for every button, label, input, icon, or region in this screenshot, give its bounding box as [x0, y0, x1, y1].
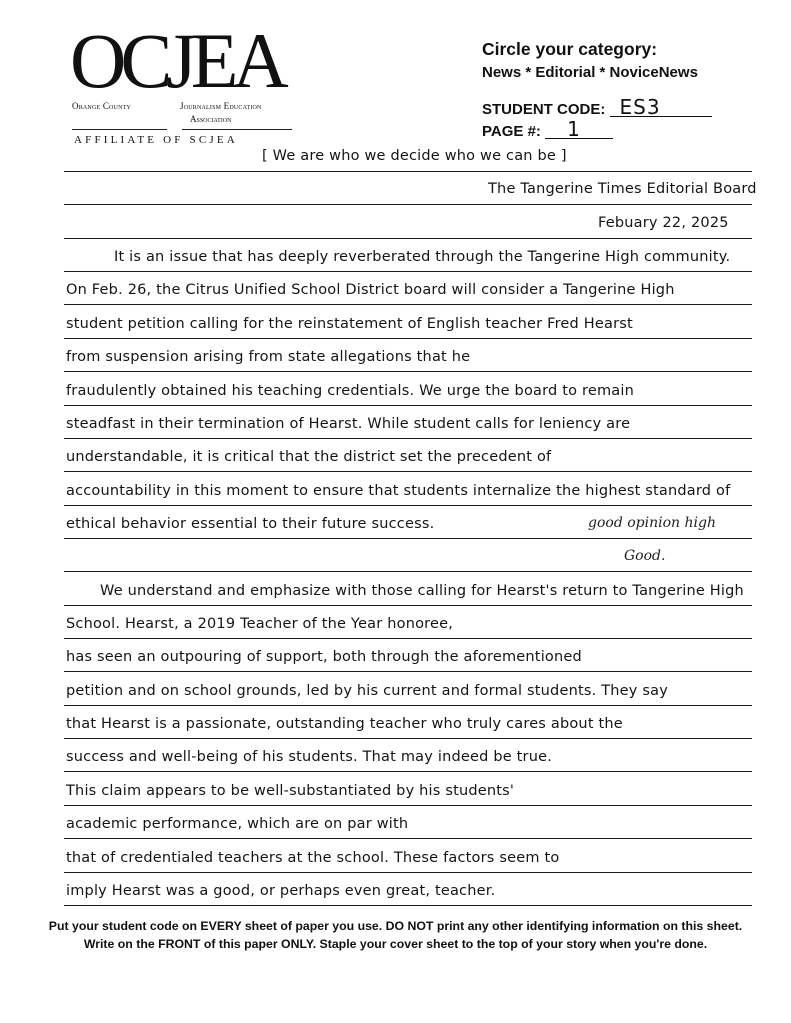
logo-mark: OCJEA	[70, 22, 283, 100]
logo-divider	[72, 129, 167, 130]
article-line: academic performance, which are on par w…	[66, 816, 408, 832]
ruled-line	[64, 571, 752, 572]
byline: The Tangerine Times Editorial Board	[488, 181, 757, 197]
ruled-line	[64, 371, 752, 372]
article-line: It is an issue that has deeply reverbera…	[114, 249, 730, 265]
ruled-line	[64, 471, 752, 472]
date: Febuary 22, 2025	[598, 215, 729, 231]
ruled-line	[64, 304, 752, 305]
ruled-line	[64, 638, 752, 639]
article-line: accountability in this moment to ensure …	[66, 483, 730, 499]
student-code-label: STUDENT CODE:	[482, 101, 605, 118]
article-line: This claim appears to be well-substantia…	[66, 783, 514, 799]
ruled-line	[64, 605, 752, 606]
ruled-line	[64, 872, 752, 873]
logo-org-right: Journalism Education	[180, 101, 262, 111]
margin-note: good opinion high	[588, 515, 716, 531]
page-number-field: PAGE #: 1	[482, 120, 613, 140]
article-line: that Hearst is a passionate, outstanding…	[66, 716, 623, 732]
margin-note: Good.	[624, 548, 665, 564]
footer-instructions: Put your student code on EVERY sheet of …	[0, 917, 791, 953]
student-code-value: ES3	[610, 98, 712, 117]
logo-divider	[182, 129, 292, 130]
category-block: Circle your category: News * Editorial *…	[482, 38, 698, 84]
ruled-line	[64, 838, 752, 839]
footer-line-1: Put your student code on EVERY sheet of …	[0, 917, 791, 935]
article-line: School. Hearst, a 2019 Teacher of the Ye…	[66, 616, 453, 632]
article-line: has seen an outpouring of support, both …	[66, 649, 582, 665]
ruled-line	[64, 204, 752, 205]
ruled-line	[64, 438, 752, 439]
student-code-field: STUDENT CODE: ES3	[482, 98, 712, 118]
article-line: from suspension arising from state alleg…	[66, 349, 470, 365]
ruled-line	[64, 738, 752, 739]
article-line: ethical behavior essential to their futu…	[66, 516, 434, 532]
ruled-line	[64, 238, 752, 239]
ruled-line	[64, 771, 752, 772]
logo-org-left: Orange County	[72, 101, 131, 111]
ruled-line	[64, 505, 752, 506]
ruled-line	[64, 271, 752, 272]
article-line: imply Hearst was a good, or perhaps even…	[66, 883, 495, 899]
article-line: that of credentialed teachers at the sch…	[66, 850, 559, 866]
ruled-line	[64, 171, 752, 172]
headline: [ We are who we decide who we can be ]	[262, 148, 567, 164]
article-line: steadfast in their termination of Hearst…	[66, 416, 630, 432]
ruled-line	[64, 671, 752, 672]
ruled-line	[64, 338, 752, 339]
ruled-line	[64, 905, 752, 906]
article-line: success and well-being of his students. …	[66, 749, 552, 765]
ocjea-logo: OCJEA Orange County Journalism Education…	[62, 22, 302, 152]
article-line: understandable, it is critical that the …	[66, 449, 551, 465]
logo-affiliate: AFFILIATE OF SCJEA	[74, 134, 238, 146]
page-number-value: 1	[545, 120, 613, 139]
article-line: student petition calling for the reinsta…	[66, 316, 633, 332]
article-line: On Feb. 26, the Citrus Unified School Di…	[66, 282, 675, 298]
page-number-label: PAGE #:	[482, 123, 541, 140]
category-options: News * Editorial * NoviceNews	[482, 62, 698, 84]
footer-line-2: Write on the FRONT of this paper ONLY. S…	[0, 935, 791, 953]
category-title: Circle your category:	[482, 38, 698, 60]
article-line: petition and on school grounds, led by h…	[66, 683, 668, 699]
logo-org-bottom: Association	[190, 114, 232, 124]
article-line: We understand and emphasize with those c…	[100, 583, 744, 599]
ruled-line	[64, 705, 752, 706]
ruled-line	[64, 405, 752, 406]
ruled-line	[64, 805, 752, 806]
ruled-line	[64, 538, 752, 539]
article-line: fraudulently obtained his teaching crede…	[66, 383, 634, 399]
